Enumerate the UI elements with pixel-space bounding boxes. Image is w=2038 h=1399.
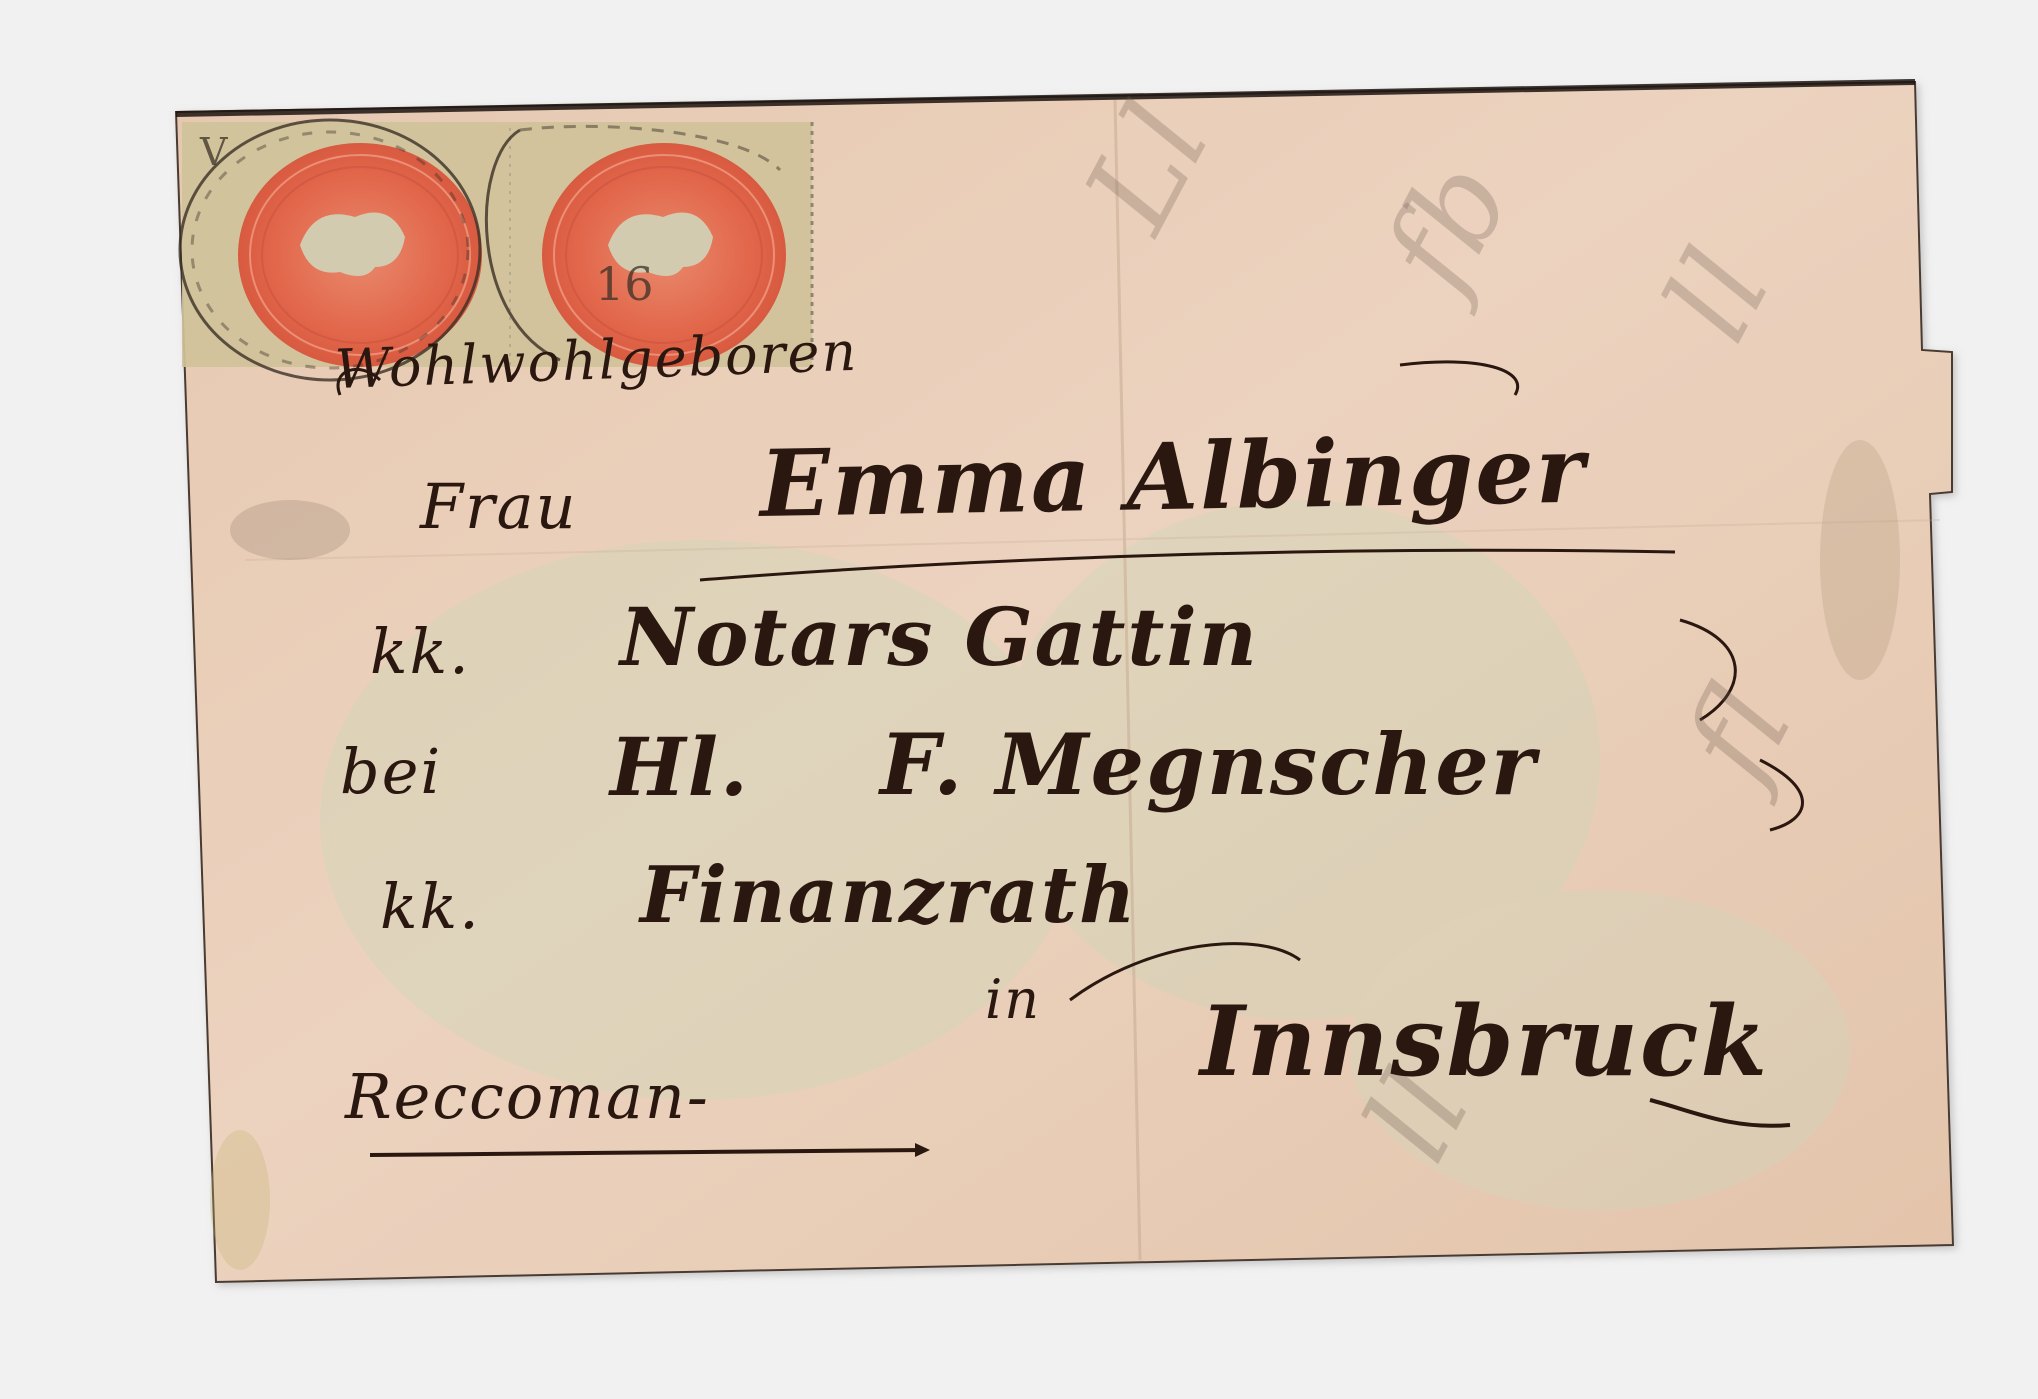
address-city: Innsbruck bbox=[1200, 985, 1769, 1098]
address-name: Emma Albinger bbox=[759, 416, 1587, 538]
address-title: Frau bbox=[420, 470, 578, 543]
address-city-prefix: in bbox=[985, 968, 1041, 1031]
address-line5-prefix: kk. bbox=[380, 870, 481, 943]
address-line4-abbr: Hl. bbox=[610, 720, 750, 814]
address-line3: Notars Gattin bbox=[620, 590, 1259, 684]
postmark-left-text: V bbox=[199, 130, 228, 174]
address-line4: F. Megnscher bbox=[880, 715, 1537, 814]
address-line4-prefix: bei bbox=[340, 735, 442, 808]
address-line3-prefix: kk. bbox=[370, 615, 471, 688]
address-line5: Finanzrath bbox=[640, 850, 1138, 941]
registration-note: Reccoman- bbox=[345, 1060, 710, 1133]
postmark-right-text: 16 bbox=[595, 257, 654, 311]
